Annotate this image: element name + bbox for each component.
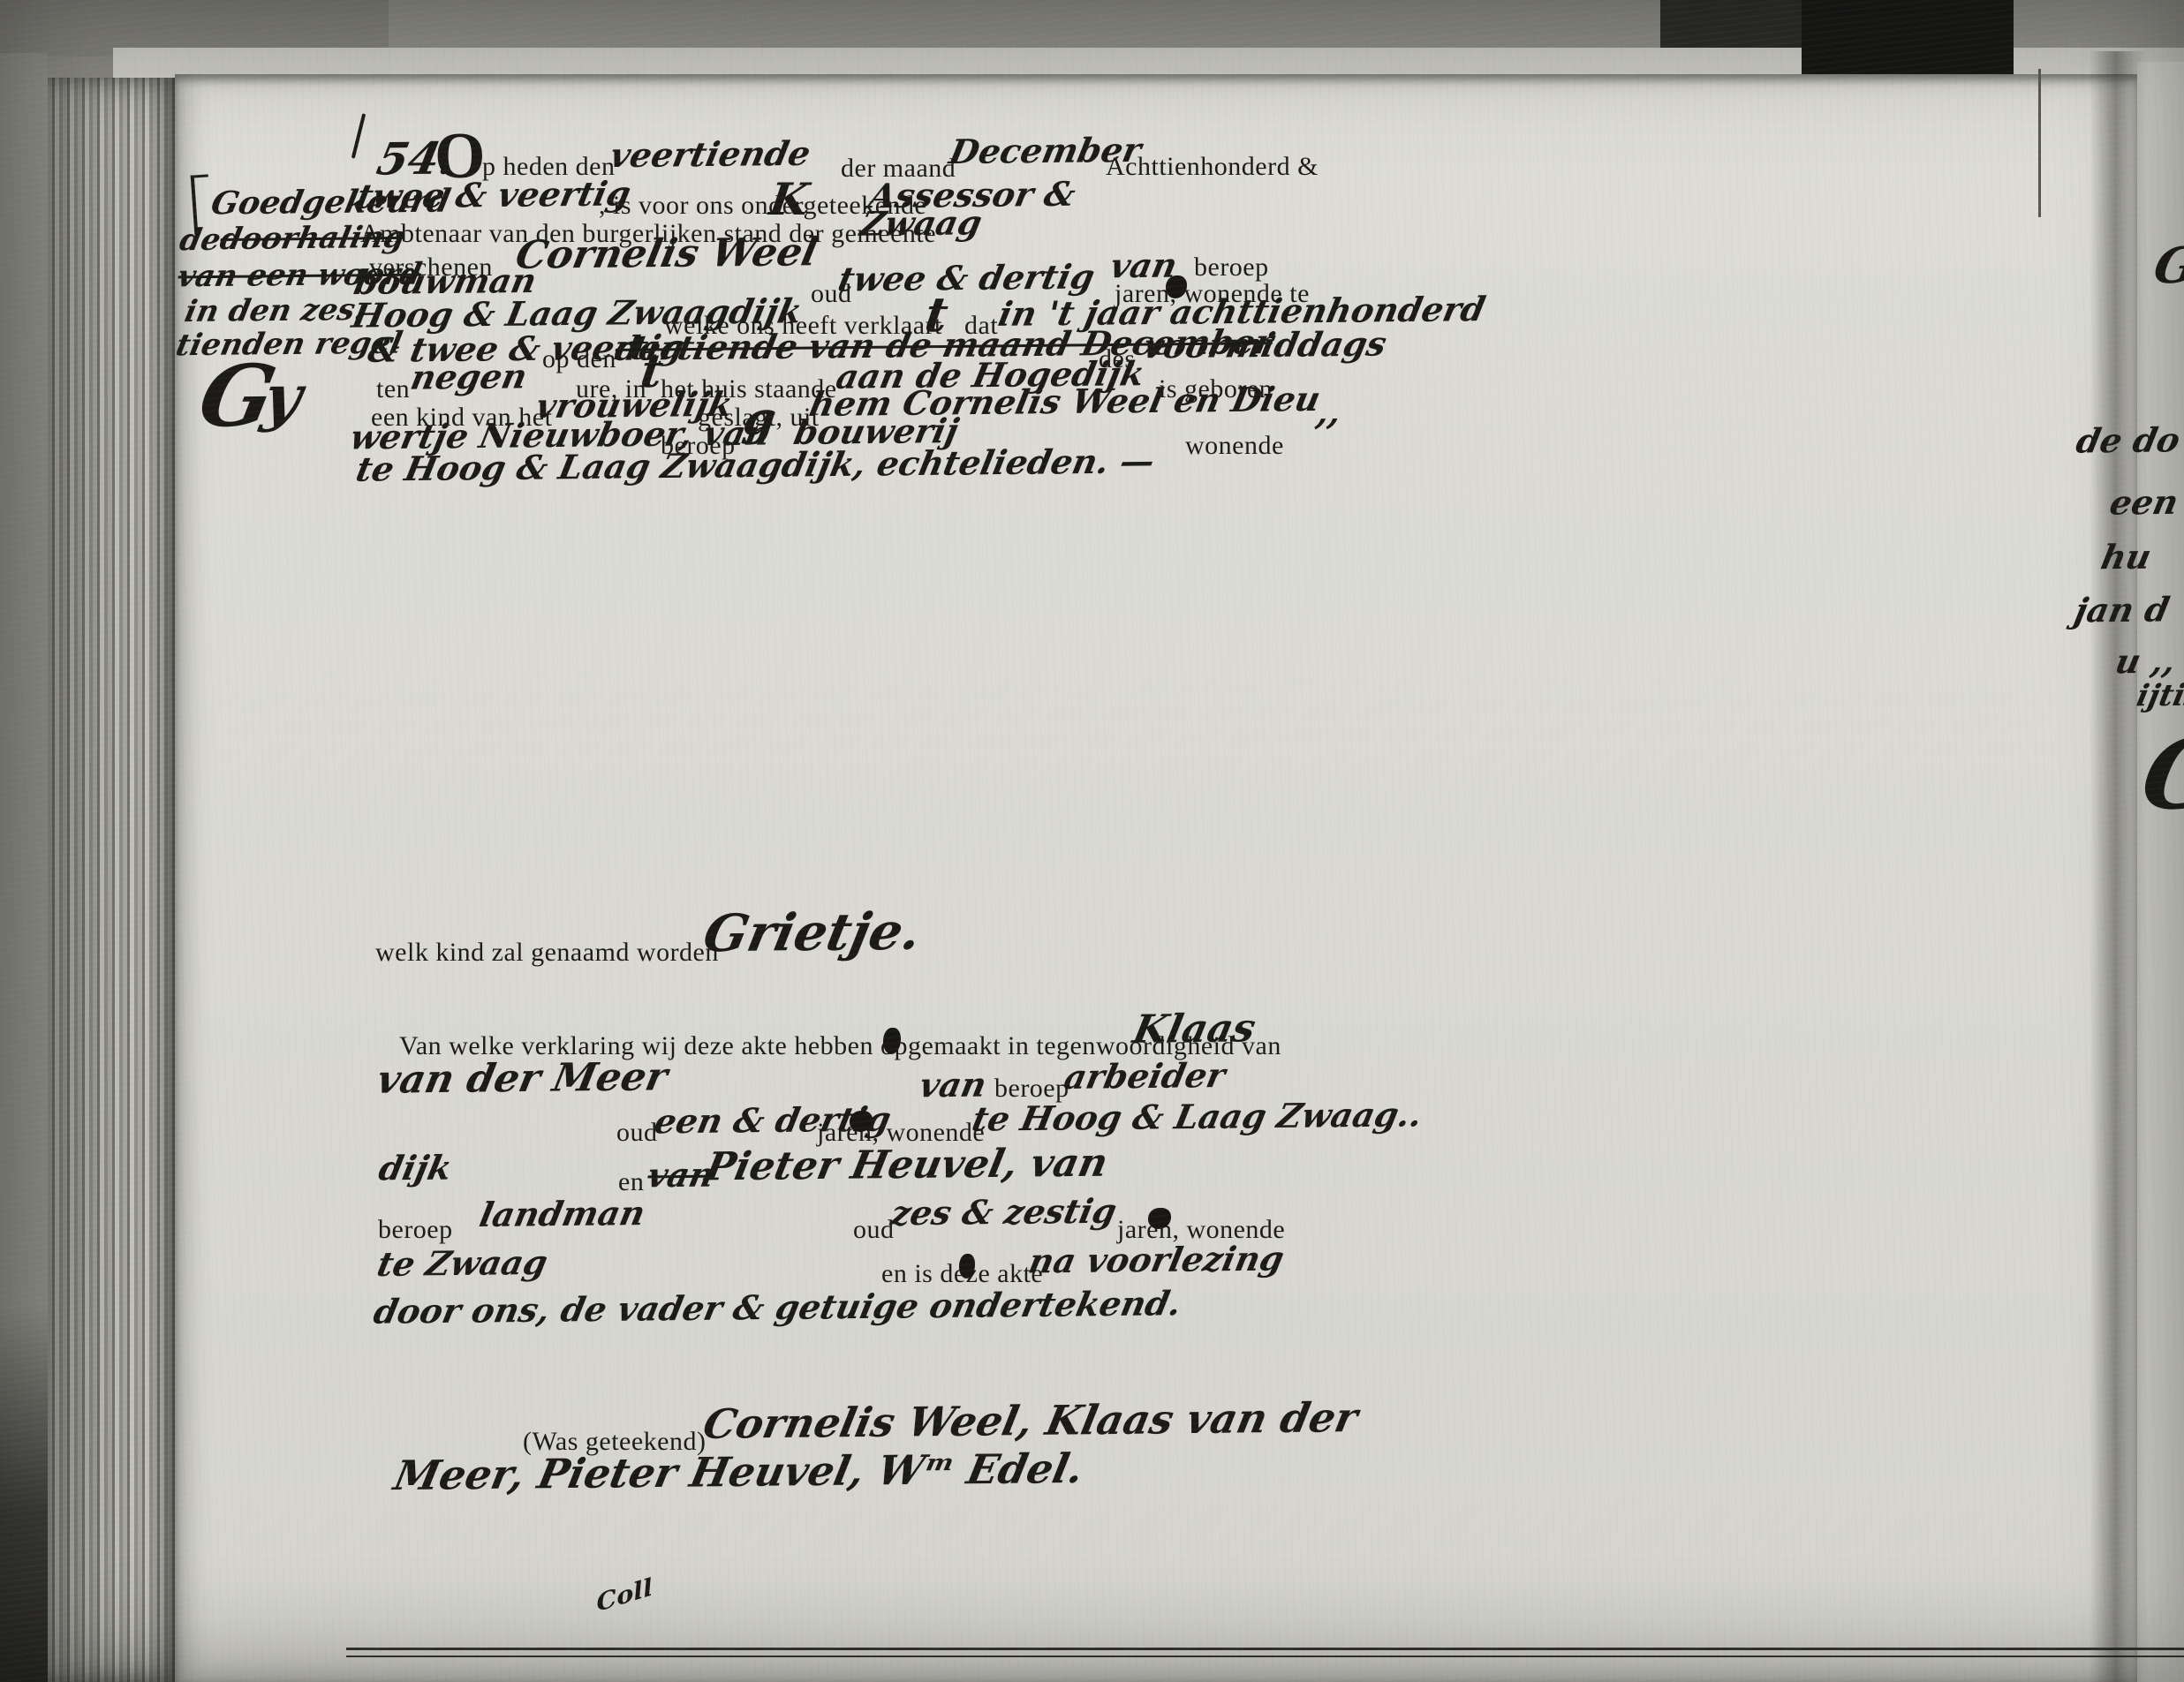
overwritten-capital-k: K <box>767 173 812 225</box>
hand-signatures-line1: Cornelis Weel, Klaas van der <box>699 1393 1362 1448</box>
margin-note-in-den-zes: in den zes. <box>182 292 369 329</box>
hand-witness1-first-name: Klaas <box>1130 1006 1259 1052</box>
hand-witness2-name: Pieter Heuvel, van <box>701 1141 1111 1190</box>
book-page-stack-edge <box>48 78 180 1682</box>
printed-beroep-4: beroep <box>378 1215 453 1245</box>
hand-witness2-age: zes & zestig <box>888 1191 1120 1233</box>
hand-witness1-last-name: van der Meer <box>373 1054 671 1102</box>
bottom-rule-upper <box>346 1648 2184 1650</box>
printed-welk-kind: welk kind zal genaamd worden <box>375 938 719 968</box>
printed-wonende-2: wonende <box>1185 431 1284 461</box>
hand-child-name-grietje: Grietje. <box>699 901 926 964</box>
hand-year-twee-veertig: twee & veertig <box>353 173 634 215</box>
hand-gemeente-zwaag: Zwaag <box>857 202 986 243</box>
hand-day-veertiende: veertiende <box>607 133 814 175</box>
printed-achttienhonderd: Achttienhonderd & <box>1106 152 1319 182</box>
hand-parents-residence: te Hoog & Laag Zwaagdijk, echtelieden. — <box>352 441 1158 488</box>
hand-signatures-line2: Meer, Pieter Heuvel, Wᵐ Edel. <box>390 1444 1088 1499</box>
hand-witness1-place: te Hoog & Laag Zwaag.. <box>969 1094 1426 1138</box>
hand-na-voorlezing: na voorlezing <box>1025 1238 1288 1280</box>
bottom-rule-lower <box>346 1656 2184 1657</box>
printed-beroep-1: beroep <box>1194 253 1269 283</box>
hand-witness1-beroep: arbeider <box>1061 1055 1228 1097</box>
page-gutter-fold-shadow <box>2090 51 2148 1682</box>
backdrop-top-middle <box>389 0 1669 53</box>
scanned-birth-record-photo: Goedgekeurd de doorhaling van een woord … <box>0 0 2184 1682</box>
backdrop-bottom-left-dark <box>0 1307 53 1682</box>
printed-op-den: op den <box>542 344 616 374</box>
hand-dijk: dijk <box>375 1148 455 1188</box>
behind-page-corner-line <box>2038 69 2041 217</box>
printed-oud-2: oud <box>616 1118 658 1148</box>
printed-ten: ten <box>376 374 410 404</box>
hand-witness2-place: te Zwaag <box>374 1242 551 1284</box>
hand-declarant-name: Cornelis Weel <box>511 230 821 278</box>
hand-witness2-beroep: landman <box>476 1193 648 1234</box>
hand-voormiddags: voormiddags <box>1140 324 1390 366</box>
hand-hour-negen: negen <box>407 356 531 396</box>
margin-note-de: de <box>177 223 224 258</box>
